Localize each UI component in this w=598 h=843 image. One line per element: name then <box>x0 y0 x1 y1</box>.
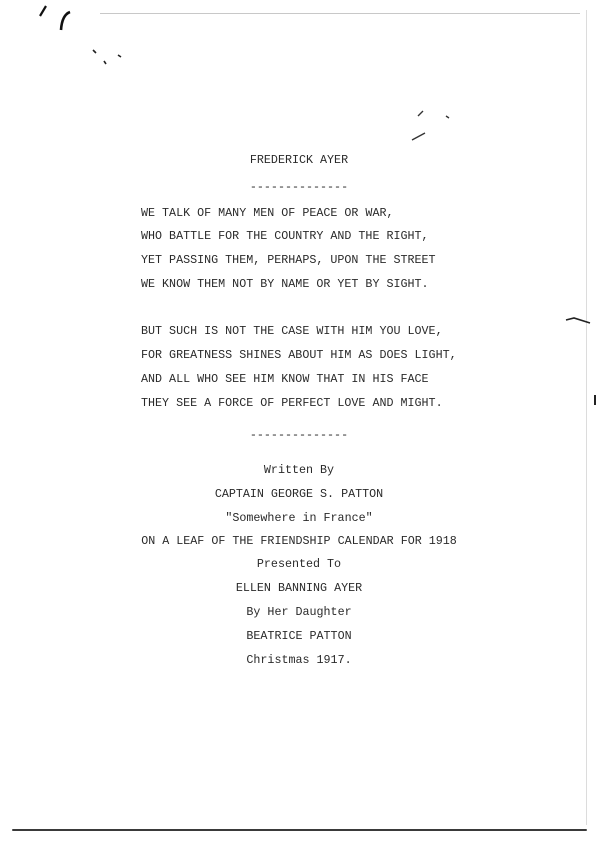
typewritten-page: FREDERICK AYER -------------- WE TALK OF… <box>0 0 598 843</box>
credit-line: Written By <box>0 463 598 477</box>
stanza-1-line: WHO BATTLE FOR THE COUNTRY AND THE RIGHT… <box>141 229 429 243</box>
credit-line: "Somewhere in France" <box>0 511 598 525</box>
credit-line: ON A LEAF OF THE FRIENDSHIP CALENDAR FOR… <box>0 534 598 548</box>
credit-line: Christmas 1917. <box>0 653 598 667</box>
stanza-2-line: FOR GREATNESS SHINES ABOUT HIM AS DOES L… <box>141 348 457 362</box>
stanza-2-line: BUT SUCH IS NOT THE CASE WITH HIM YOU LO… <box>141 324 443 338</box>
credit-line: By Her Daughter <box>0 605 598 619</box>
credit-line: Presented To <box>0 557 598 571</box>
credit-line: BEATRICE PATTON <box>0 629 598 643</box>
stanza-1-line: YET PASSING THEM, PERHAPS, UPON THE STRE… <box>141 253 436 267</box>
poem-title: FREDERICK AYER <box>0 153 598 167</box>
separator: -------------- <box>0 180 598 194</box>
credit-line: CAPTAIN GEORGE S. PATTON <box>0 487 598 501</box>
stanza-1-line: WE KNOW THEM NOT BY NAME OR YET BY SIGHT… <box>141 277 429 291</box>
stanza-1-line: WE TALK OF MANY MEN OF PEACE OR WAR, <box>141 206 394 220</box>
stanza-2-line: THEY SEE A FORCE OF PERFECT LOVE AND MIG… <box>141 396 443 410</box>
stanza-2-line: AND ALL WHO SEE HIM KNOW THAT IN HIS FAC… <box>141 372 429 386</box>
separator: -------------- <box>0 428 598 442</box>
ink-marks <box>0 0 598 843</box>
credit-line: ELLEN BANNING AYER <box>0 581 598 595</box>
